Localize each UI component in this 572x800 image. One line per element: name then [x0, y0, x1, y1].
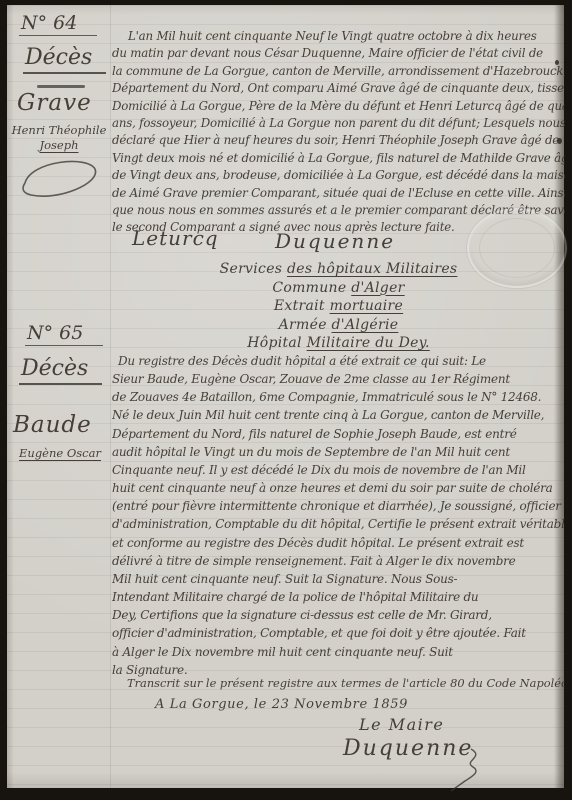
closing-title-le-maire: Le Maire	[359, 715, 444, 734]
heading-underlined: mortuaire	[330, 298, 404, 314]
manuscript-line: L'an Mil huit cent cinquante Neuf le Vin…	[112, 28, 565, 45]
heading-text: Armée	[279, 317, 332, 333]
underlined-given-name: Eugène Oscar	[19, 446, 101, 460]
manuscript-line: officier d'administration, Comptable, et…	[112, 624, 565, 642]
heading-text: Services	[220, 261, 287, 277]
register-page: N° 64 Décès Grave Henri Théophile Joseph…	[7, 5, 564, 788]
record-64-type-label: Décès	[23, 45, 106, 74]
manuscript-line: ans, fossoyeur, Domicilié à La Gorgue no…	[112, 115, 565, 132]
underlined-given-name: Joseph	[39, 138, 78, 152]
manuscript-line: de Vingt deux ans, brodeuse, domiciliée …	[112, 167, 565, 184]
manuscript-line: d'administration, Comptable du dit hôpit…	[112, 515, 565, 533]
manuscript-line: Dey, Certifions que la signature ci-dess…	[112, 606, 565, 624]
margin-dash	[37, 85, 85, 88]
heading-underlined: d'Alger	[351, 280, 404, 296]
signature-paraph-flourish	[437, 747, 507, 793]
heading-underlined: d'Algérie	[332, 317, 399, 333]
manuscript-line: Mil huit cent cinquante neuf. Suit la Si…	[112, 570, 565, 588]
manuscript-line: Intendant Militaire chargé de la police …	[112, 588, 565, 606]
manuscript-line: et conforme au registre des Décès dudit …	[112, 534, 565, 552]
heading-hopital: Hôpital Militaire du Dey.	[112, 334, 565, 353]
manuscript-line: à Alger le Dix novembre mil huit cent ci…	[112, 643, 565, 661]
embossed-seal	[467, 208, 567, 288]
record-65-act-text: Du registre des Décès dudit hôpital a ét…	[112, 352, 565, 679]
embossed-seal-inner-ring	[479, 218, 555, 278]
record-64-act-text: L'an Mil huit cent cinquante Neuf le Vin…	[112, 28, 565, 237]
record-64-margin-given-names: Henri Théophile	[7, 123, 111, 137]
manuscript-line: de Zouaves 4e Bataillon, 6me Compagnie, …	[112, 388, 565, 406]
manuscript-line: du matin par devant nous César Duquenne,…	[112, 45, 565, 62]
record-65-margin-surname: Baude	[13, 412, 92, 438]
record-65-type-label: Décès	[19, 356, 102, 385]
manuscript-line: délivré à titre de simple renseignement.…	[112, 552, 565, 570]
margin-paraph-flourish	[15, 153, 103, 205]
ink-blot	[555, 60, 559, 65]
manuscript-line: de Aimé Grave premier Comparant, située …	[112, 185, 565, 202]
record-64-margin-given-names-2: Joseph	[7, 138, 111, 152]
heading-underlined: des hôpitaux Militaires	[287, 261, 457, 277]
record-65-number: N° 65	[25, 322, 103, 346]
manuscript-line: la commune de La Gorgue, canton de Mervi…	[112, 63, 565, 80]
record-64-number: N° 64	[19, 12, 97, 36]
manuscript-line: Cinquante neuf. Il y est décédé le Dix d…	[112, 461, 565, 479]
ink-blot	[557, 138, 562, 144]
witness-signature-leturcq: Leturcq	[132, 226, 219, 250]
mayor-signature-duquenne: Duquenne	[275, 229, 395, 253]
heading-armee: Armée d'Algérie	[112, 316, 565, 335]
manuscript-line: Né le deux Juin Mil huit cent trente cin…	[112, 406, 565, 424]
record-64-margin-surname: Grave	[17, 90, 92, 116]
manuscript-line: Département du Nord, Ont comparu Aimé Gr…	[112, 80, 565, 97]
heading-extrait: Extrait mortuaire	[112, 297, 565, 316]
manuscript-line: huit cent cinquante neuf à onze heures e…	[112, 479, 565, 497]
manuscript-line: Domicilié à La Gorgue, Père de la Mère d…	[112, 98, 565, 115]
heading-text: Commune	[272, 280, 351, 296]
transcription-note: Transcrit sur le présent registre aux te…	[127, 676, 565, 690]
manuscript-line: Du registre des Décès dudit hôpital a ét…	[112, 352, 565, 370]
heading-underlined: Militaire du Dey.	[307, 335, 430, 351]
closing-place-date: A La Gorgue, le 23 Novembre 1859	[155, 697, 408, 712]
heading-text: Extrait	[274, 298, 330, 314]
scanned-register-photo: { "colors": { "paper": "#d3d0ca", "ink":…	[0, 0, 572, 800]
manuscript-line: Sieur Baude, Eugène Oscar, Zouave de 2me…	[112, 370, 565, 388]
record-65-margin-given-names: Eugène Oscar	[7, 446, 113, 460]
manuscript-line: Département du Nord, fils naturel de Sop…	[112, 425, 565, 443]
heading-text: Hôpital	[247, 335, 306, 351]
manuscript-line: déclaré que Hier à neuf heures du soir, …	[112, 132, 565, 149]
manuscript-line: Vingt deux mois né et domicilié à La Gor…	[112, 150, 565, 167]
manuscript-line: (entré pour fièvre intermittente chroniq…	[112, 497, 565, 515]
manuscript-line: audit hôpital le Vingt un du mois de Sep…	[112, 443, 565, 461]
